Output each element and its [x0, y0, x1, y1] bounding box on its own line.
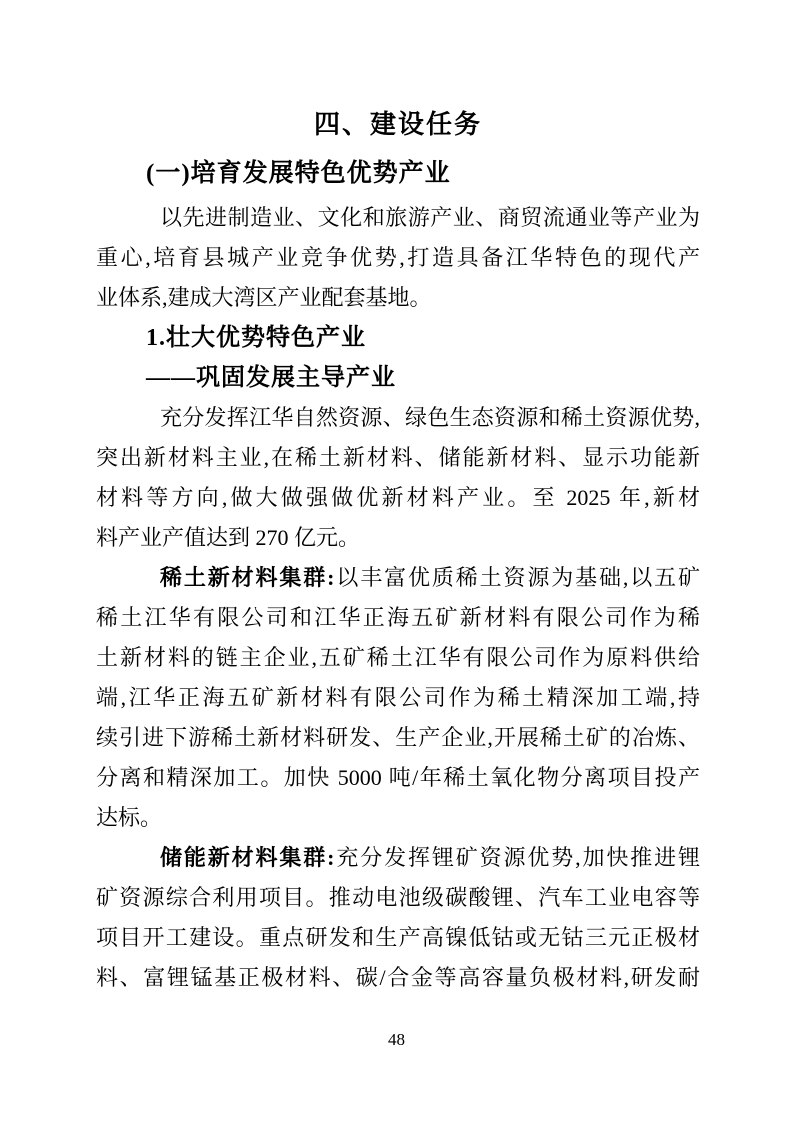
- page-content: 四、建设任务 (一)培育发展特色优势产业 以先进制造业、文化和旅游产业、商贸流通…: [96, 100, 700, 998]
- text-line: 材料等方向,做大做强做优新材料产业。至 2025 年,新材: [96, 478, 700, 518]
- text-line: 重心,培育县城产业竞争优势,打造具备江华特色的现代产: [96, 238, 700, 278]
- text-run: 以丰富优质稀土资源为基础,以五矿: [334, 565, 700, 590]
- paragraph-new-materials: 充分发挥江华自然资源、绿色生态资源和稀土资源优势, 突出新材料主业,在稀土新材料…: [96, 398, 700, 558]
- cluster-label-rare-earth: 稀土新材料集群:: [160, 565, 334, 590]
- page-number: 48: [0, 1030, 793, 1050]
- text-line: 料、富锂锰基正极材料、碳/合金等高容量负极材料,研发耐: [96, 958, 700, 998]
- text-line: 充分发挥江华自然资源、绿色生态资源和稀土资源优势,: [96, 398, 700, 438]
- paragraph-overview: 以先进制造业、文化和旅游产业、商贸流通业等产业为 重心,培育县城产业竞争优势,打…: [96, 198, 700, 318]
- cluster-label-energy-storage: 储能新材料集群:: [160, 845, 334, 870]
- text-line: 储能新材料集群:充分发挥锂矿资源优势,加快推进锂: [96, 838, 700, 878]
- text-line: 稀土新材料集群:以丰富优质稀土资源为基础,以五矿: [96, 558, 700, 598]
- text-line: 达标。: [96, 798, 700, 838]
- text-line: 以先进制造业、文化和旅游产业、商贸流通业等产业为: [96, 198, 700, 238]
- document-title: 四、建设任务: [96, 100, 700, 148]
- document-page: 四、建设任务 (一)培育发展特色优势产业 以先进制造业、文化和旅游产业、商贸流通…: [0, 0, 793, 1122]
- text-line: 矿资源综合利用项目。推动电池级碳酸锂、汽车工业电容等: [96, 878, 700, 918]
- subheading-strengthen-industries: 1.壮大优势特色产业: [96, 318, 700, 358]
- text-line: 业体系,建成大湾区产业配套基地。: [96, 278, 700, 318]
- text-line: 突出新材料主业,在稀土新材料、储能新材料、显示功能新: [96, 438, 700, 478]
- text-line: 料产业产值达到 270 亿元。: [96, 518, 700, 558]
- paragraph-energy-storage-cluster: 储能新材料集群:充分发挥锂矿资源优势,加快推进锂 矿资源综合利用项目。推动电池级…: [96, 838, 700, 998]
- paragraph-rare-earth-cluster: 稀土新材料集群:以丰富优质稀土资源为基础,以五矿 稀土江华有限公司和江华正海五矿…: [96, 558, 700, 838]
- subheading-consolidate-leading-industries: ——巩固发展主导产业: [96, 358, 700, 398]
- text-line: 项目开工建设。重点研发和生产高镍低钴或无钴三元正极材: [96, 918, 700, 958]
- text-line: 分离和精深加工。加快 5000 吨/年稀土氧化物分离项目投产: [96, 758, 700, 798]
- text-run: 充分发挥锂矿资源优势,加快推进锂: [334, 845, 700, 870]
- section-heading: (一)培育发展特色优势产业: [96, 154, 700, 194]
- text-line: 端,江华正海五矿新材料有限公司作为稀土精深加工端,持: [96, 678, 700, 718]
- text-line: 续引进下游稀土新材料研发、生产企业,开展稀土矿的冶炼、: [96, 718, 700, 758]
- text-line: 土新材料的链主企业,五矿稀土江华有限公司作为原料供给: [96, 638, 700, 678]
- text-line: 稀土江华有限公司和江华正海五矿新材料有限公司作为稀: [96, 598, 700, 638]
